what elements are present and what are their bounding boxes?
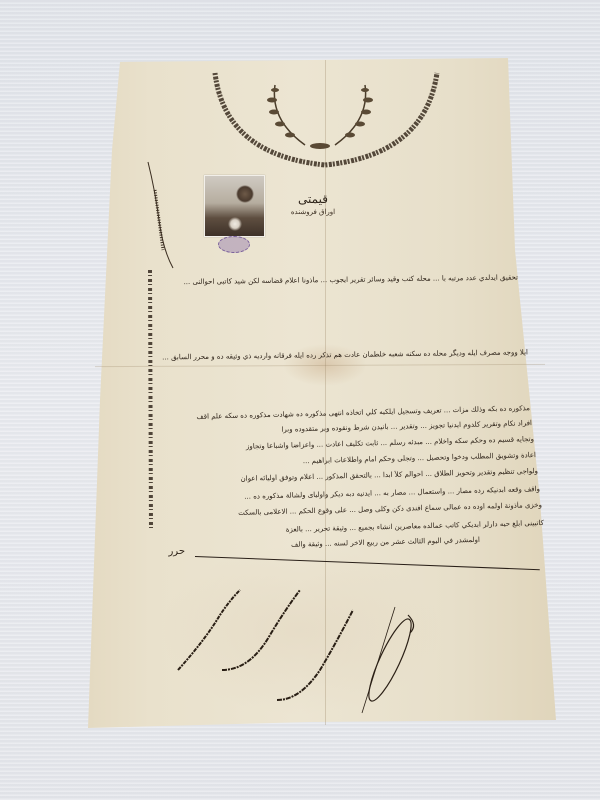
wreath-emblem-icon bbox=[250, 80, 390, 160]
document-title: قيمتى bbox=[298, 192, 328, 206]
margin-flourish bbox=[145, 160, 175, 270]
portrait-photo bbox=[204, 175, 265, 237]
margin-annotation bbox=[142, 270, 158, 530]
official-stamp bbox=[218, 236, 250, 253]
signature-4 bbox=[360, 605, 420, 715]
document-subtitle: اوراق فروشنده bbox=[290, 208, 336, 216]
closing-mark: حرر bbox=[155, 548, 185, 560]
